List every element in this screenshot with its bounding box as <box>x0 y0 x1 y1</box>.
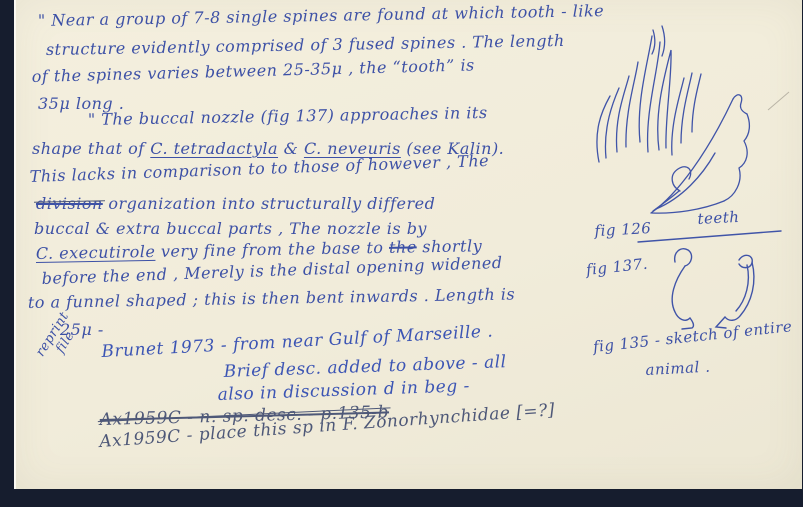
note-line: " The buccal nozzle (fig 137) approaches… <box>88 105 488 128</box>
tooth-sketch <box>651 95 749 213</box>
species-name: C. tetradactyla <box>150 139 278 158</box>
struck-word: division <box>36 194 103 213</box>
note-text: organization into structurally differed <box>103 194 436 213</box>
struck-word: the <box>389 237 417 256</box>
figure-caption-teeth: teeth <box>697 208 740 228</box>
figure-label-135-continued: animal . <box>645 358 711 379</box>
note-line: structure evidently comprised of 3 fused… <box>46 33 565 58</box>
note-text: shape that of <box>32 139 150 158</box>
note-line: " Near a group of 7-8 single spines are … <box>38 3 605 29</box>
figure-label-126: fig 126 <box>594 219 652 240</box>
note-line: to a funnel shaped ; this is then bent i… <box>28 286 516 311</box>
species-name: C. executirole <box>36 242 156 263</box>
caption-underline <box>638 231 781 242</box>
figure-label-137: fig 137. <box>585 255 649 279</box>
note-text: & <box>278 139 304 158</box>
pencil-scratch-mark <box>768 92 789 110</box>
animal-hook-sketches <box>672 249 754 329</box>
index-card: " Near a group of 7-8 single spines are … <box>14 0 802 489</box>
figure-label-135: fig 135 - sketch of entire <box>592 317 793 356</box>
scanned-note-card-page: { "colors": { "ink_blue": "#3d51a6", "in… <box>0 0 803 507</box>
note-line: buccal & extra buccal parts , The nozzle… <box>34 221 427 237</box>
note-line: of the spines varies between 25-35μ , th… <box>32 57 475 85</box>
reference-line: also in discussion d in beg - <box>217 378 470 404</box>
spines-sketch <box>597 26 701 162</box>
note-line: division organization into structurally … <box>36 196 435 212</box>
